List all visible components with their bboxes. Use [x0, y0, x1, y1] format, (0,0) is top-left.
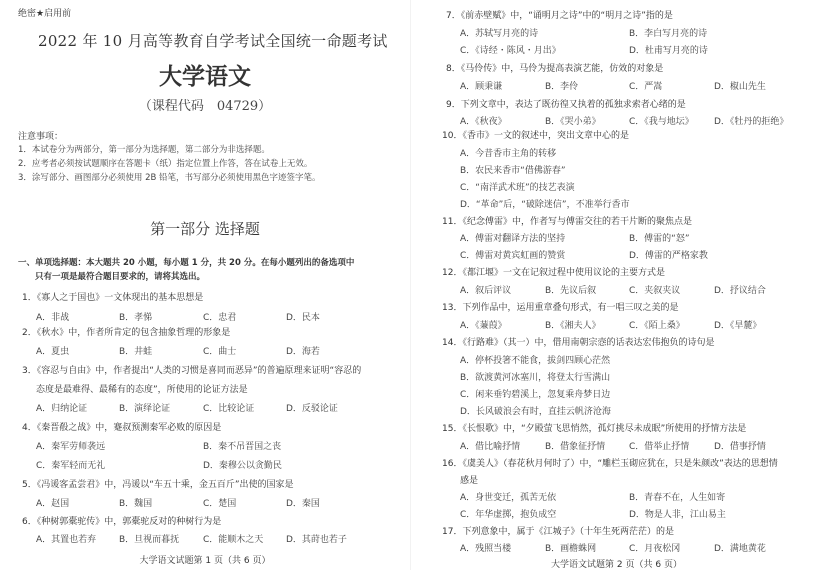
option-a: A．《蒹葭》	[460, 318, 507, 331]
page-footer: 大学语文试题第 2 页（共 6 页）	[410, 557, 823, 570]
option-b: B．魏国	[119, 496, 152, 509]
option-d: D．傅雷的严格家教	[629, 248, 708, 261]
option-a: A．顾秉谦	[460, 79, 502, 92]
part-title: 第一部分 选择题	[0, 218, 410, 239]
option-c: C．忠君	[203, 310, 236, 323]
option-c: C．严嵩	[629, 79, 662, 92]
question-stem: 5．《冯谖客孟尝君》中，冯谖以“车五十乘，金五百斤”出使的国家是	[22, 477, 294, 490]
option-b: B．秦不吊晋国之丧	[203, 439, 281, 452]
section-instruction: 一、单项选择题：本大题共 20 小题，每小题 1 分，共 20 分。在每小题列出…	[18, 256, 354, 268]
option-b: B．演绎论证	[119, 401, 170, 414]
notice-heading: 注意事项：	[18, 129, 63, 142]
option-a: A．残照当楼	[460, 541, 511, 554]
confidential-label: 绝密★启用前	[18, 6, 71, 19]
option-a: A．借比喻抒情	[460, 439, 520, 452]
option-b: B．旦视而暮抚	[119, 532, 179, 545]
question-stem: 6．《种树郭橐驼传》中，郭橐驼反对的种树行为是	[22, 514, 221, 527]
notice-item: 1．本试卷分为两部分，第一部分为选择题，第二部分为非选择题。	[18, 143, 270, 155]
option-d: D．长风破浪会有时，直挂云帆济沧海	[460, 404, 611, 417]
question-stem-cont: 感是	[460, 473, 478, 486]
option-b: B．欲渡黄河冰塞川，将登太行雪满山	[460, 370, 610, 383]
option-c: C．闲来垂钓碧溪上，忽复乘舟梦日边	[460, 387, 610, 400]
exam-page-1: 绝密★启用前 2022 年 10 月高等教育自学考试全国统一命题考试 大学语文 …	[0, 0, 410, 570]
option-d: D．“革命”后，“破除迷信”，不准举行香市	[460, 197, 630, 210]
question-stem: 4．《秦晋殽之战》中，蹇叔预测秦军必败的原因是	[22, 420, 221, 433]
option-d: D．借事抒情	[714, 439, 766, 452]
question-stem: 12．《都江堰》一文在记叙过程中使用议论的主要方式是	[442, 265, 665, 278]
option-d: D．秦国	[286, 496, 320, 509]
option-a: A．夏虫	[36, 344, 69, 357]
option-c: C．能顺木之天	[203, 532, 263, 545]
option-b: B．傅雷的“怒”	[629, 231, 690, 244]
option-c: C．曲士	[203, 344, 236, 357]
question-stem: 3．《容忍与自由》中，作者提出“人类的习惯是喜同而恶异”的普遍原理来证明“容忍的	[22, 363, 361, 376]
question-stem: 1．《寡人之于国也》一文体现出的基本思想是	[22, 290, 203, 303]
option-b: B．农民来香市“借佛游春”	[460, 163, 566, 176]
option-c: C．秦军轻而无礼	[36, 458, 105, 471]
option-d: D．椒山先生	[714, 79, 766, 92]
option-b: B．画檐蛛网	[545, 541, 596, 554]
option-d: D．杜甫写月亮的诗	[629, 43, 708, 56]
option-a: A．非战	[36, 310, 69, 323]
option-a: A．傅雷对翻译方法的坚持	[460, 231, 565, 244]
question-stem: 15．《长恨歌》中，“夕殿萤飞思悄然，孤灯挑尽未成眠”所使用的抒情方法是	[442, 421, 746, 434]
question-stem: 2．《秋水》中，作者所肯定的包含抽象哲理的形象是	[22, 325, 230, 338]
option-c: C．夹叙夹议	[629, 283, 680, 296]
option-a: A．《秋夜》	[460, 114, 507, 127]
option-d: D．其莳也若子	[286, 532, 347, 545]
option-b: B．井蛙	[119, 344, 152, 357]
section-instruction-cont: 只有一项是最符合题目要求的，请将其选出。	[35, 270, 205, 282]
question-stem: 7．《前赤壁赋》中，“诵明月之诗”中的“明月之诗”指的是	[446, 8, 673, 21]
option-d: D．抒议结合	[714, 283, 766, 296]
option-a: A．停杯投箸不能食，拔剑四顾心茫然	[460, 353, 610, 366]
option-a: A．身世变迁，孤苦无依	[460, 490, 556, 503]
exam-title: 2022 年 10 月高等教育自学考试全国统一命题考试	[38, 30, 388, 51]
option-c: C．《诗经・陈风・月出》	[460, 43, 561, 56]
question-stem-cont: 态度是最难得、最稀有的态度”，所使用的论证方法是	[36, 382, 248, 395]
option-b: B．《湘夫人》	[545, 318, 601, 331]
option-b: B．《哭小弟》	[545, 114, 601, 127]
question-stem: 9．下列文章中，表达了既彷徨又执着的孤独求索者心绪的是	[446, 97, 686, 110]
option-d: D．民本	[286, 310, 320, 323]
option-d: D．秦穆公以贪勤民	[203, 458, 282, 471]
option-a: A．其置也若弃	[36, 532, 96, 545]
question-stem: 17．下列意象中，属于《江城子》（十年生死两茫茫）的是	[442, 524, 674, 537]
option-c: C．年华虚掷，抱负成空	[460, 507, 556, 520]
course-code: （课程代码 04729）	[0, 95, 410, 114]
option-d: D．物是人非，江山易主	[629, 507, 726, 520]
option-d: D．海若	[286, 344, 320, 357]
option-d: D．反驳论证	[286, 401, 338, 414]
option-c: C．傅雷对黄宾虹画的赞赏	[460, 248, 565, 261]
question-stem: 14．《行路难》（其一）中，借用南朝宗悫的话表达宏伟抱负的诗句是	[442, 335, 714, 348]
subject-title: 大学语文	[0, 58, 410, 91]
option-c: C．《我与地坛》	[629, 114, 694, 127]
option-b: B．李伶	[545, 79, 578, 92]
option-a: A．苏轼写月亮的诗	[460, 26, 538, 39]
question-stem: 8．《马伶传》中，马伶为提高表演艺能，仿效的对象是	[446, 61, 663, 74]
page-footer: 大学语文试题第 1 页（共 6 页）	[0, 553, 410, 566]
option-a: A．归纳论证	[36, 401, 87, 414]
option-d: D．《旱麓》	[714, 318, 761, 331]
option-a: A．秦军劳师袭远	[36, 439, 105, 452]
notice-item: 3．涂写部分、画图部分必须使用 2B 铅笔，书写部分必须使用黑色字迹签字笔。	[18, 171, 321, 183]
option-c: C．比较论证	[203, 401, 254, 414]
option-c: C．月夜松冈	[629, 541, 680, 554]
option-a: A．赵国	[36, 496, 69, 509]
option-a: A．叙后评议	[460, 283, 511, 296]
option-b: B．李白写月亮的诗	[629, 26, 707, 39]
option-b: B．借象征抒情	[545, 439, 605, 452]
option-a: A．今昔香市主角的转移	[460, 146, 556, 159]
option-c: C．《陌上桑》	[629, 318, 685, 331]
option-c: C．“南洋武术班”的技艺表演	[460, 180, 575, 193]
option-b: B．青春不在，人生如寄	[629, 490, 725, 503]
question-stem: 10．《香市》一文的叙述中，突出文章中心的是	[442, 128, 629, 141]
question-stem: 13．下列作品中，运用重章叠句形式，有一唱三叹之美的是	[442, 300, 678, 313]
question-stem: 11．《纪念傅雷》中，作者写与傅雷交往的若干片断的聚焦点是	[442, 214, 692, 227]
question-stem: 16．《虞美人》（春花秋月何时了）中，“雕栏玉砌应犹在，只是朱颜改”表达的思想情	[442, 456, 778, 469]
notice-item: 2．应考者必须按试题顺序在答题卡（纸）指定位置上作答，答在试卷上无效。	[18, 157, 312, 169]
option-b: B．孝悌	[119, 310, 152, 323]
option-d: D．《牡丹的拒绝》	[714, 114, 788, 127]
option-c: C．楚国	[203, 496, 236, 509]
option-b: B．先议后叙	[545, 283, 596, 296]
option-c: C．借举止抒情	[629, 439, 689, 452]
exam-page-2: 7．《前赤壁赋》中，“诵明月之诗”中的“明月之诗”指的是 A．苏轼写月亮的诗 B…	[410, 0, 823, 570]
option-d: D．满地黄花	[714, 541, 766, 554]
